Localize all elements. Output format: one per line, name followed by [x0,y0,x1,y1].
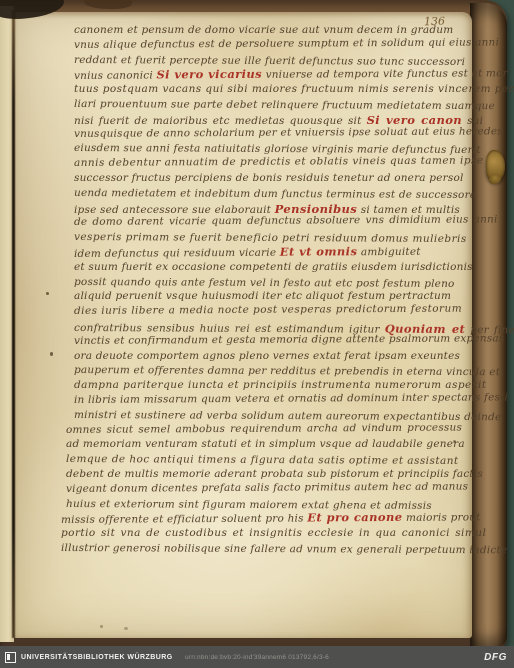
body-text: debent de multis memorie aderant probata… [66,468,483,480]
body-text: successor fructus percipiens de bonis re… [74,172,464,184]
body-text: liari prouentuum sue parte debet relinqu… [74,98,495,112]
body-text: idem defunctus qui residuum vicarie [74,247,280,260]
manuscript-line: vinctis et confirmandum et gesta memoria… [74,332,474,349]
body-text: ad memoriam venturam statuti et in simpl… [66,438,465,450]
body-text: canonem et pensum de domo vicarie sue au… [74,24,453,36]
manuscript-text: canonem et pensum de domo vicarie sue au… [74,24,474,557]
body-text: vinctis et confirmandum et gesta memoria… [74,332,505,347]
manuscript-line: vigeant donum dicentes prefata salis fac… [66,480,474,497]
binding-gutter [12,10,15,638]
body-text: annis debentur annuatim de predictis et … [74,155,484,170]
margin-ink-speck [46,292,49,295]
body-text: lemque de hoc antiqui timens a figura da… [66,453,459,467]
manuscript-line: vnius canonici Si vero vicarius vniuerse… [74,66,474,83]
manuscript-line: annis debentur annuatim de predictis et … [74,155,474,172]
body-text: tuus postquam vacans qui sibi maiores fr… [74,83,514,95]
body-text: et suum fuerit ex occasione competenti d… [74,261,473,273]
page-ink-speck [124,627,128,630]
dfg-logo: DFG [484,652,507,663]
body-text: dampna pariterque iuncta et principiis i… [74,379,487,391]
page-ink-speck [100,625,103,628]
margin-ink-speck [50,352,53,356]
body-text: in libris iam missarum quam vetera et or… [74,391,508,406]
body-text: omnes sicut semel ambobus requirendum ar… [66,421,462,435]
body-text: uenda medietatem et indebitum dum functu… [74,187,476,201]
attribution-bar: UNIVERSITÄTSBIBLIOTHEK WÜRZBURG urn:nbn:… [0,646,514,668]
manuscript-line: successor fructus percipiens de bonis re… [74,172,474,187]
body-text: nisi fuerit de maioribus etc medietas qu… [74,115,367,127]
body-text: ipse sed antecessore sue elaborauit [74,204,275,216]
rubric-heading: Et pro canone [307,510,402,525]
body-text: vigeant donum dicentes prefata salis fac… [66,480,468,494]
manuscript-line: illustrior generosi nobilisque sine fall… [61,542,474,559]
manuscript-line: vnus alique defunctus est de persoluere … [74,36,474,53]
book-clasp [486,150,505,182]
manuscript-line: et suum fuerit ex occasione competenti d… [74,261,474,276]
manuscript-line: idem defunctus qui residuum vicarie Et v… [74,244,474,261]
body-text: illustrior generosi nobilisque sine fall… [61,542,507,556]
body-text: vniuerse ad tempora vite functus est et … [262,68,508,82]
manuscript-line: de domo darent vicarie quam defunctus ab… [74,214,474,231]
manuscript-line: dies iuris libere a media nocte post ves… [74,303,474,320]
body-text: missis offerente et efficiatur soluent p… [61,513,307,527]
body-text: vnus alique defunctus est de persoluere … [74,36,499,51]
body-text: ambiguitet [357,246,420,258]
body-text: ora deuote comportem agnos pleno vernes … [74,350,460,362]
urn-identifier: urn:nbn:de:bvb:20-ind'39annem6 013792,6/… [0,654,514,661]
body-text: vnusquisque de anno scholarium per et vn… [74,125,503,140]
body-text: pauperum et offerentes damna per redditu… [74,364,500,378]
rubric-heading: Si vero vicarius [156,67,262,82]
manuscript-line: portio sit vna de custodibus et insignit… [61,527,474,542]
body-text: aliquid peruenit vsque huiusmodi iter et… [74,290,451,302]
manuscript-line: tuus postquam vacans qui sibi maiores fr… [74,83,474,98]
manuscript-line: ora deuote comportem agnos pleno vernes … [74,350,474,365]
body-text: maioris prout [402,512,480,524]
body-text: vnius canonici [74,70,157,83]
body-text: de domo darent vicarie quam defunctus ab… [74,214,498,229]
body-text: portio sit vna de custodibus et insignit… [61,527,486,539]
manuscript-line: ad memoriam venturam statuti et in simpl… [66,438,474,453]
manuscript-line: vnusquisque de anno scholarium per et vn… [74,125,474,142]
rubric-heading: Si vero canon [367,113,462,127]
manuscript-line: omnes sicut semel ambobus requirendum ar… [66,421,474,438]
body-text: possit quando quis ante festum vel in fe… [74,276,455,290]
manuscript-line: in libris iam missarum quam vetera et or… [74,391,474,408]
manuscript-line: missis offerente et efficiatur soluent p… [61,510,474,527]
page-ink-speck [453,440,456,443]
rubric-heading: Et vt omnis [280,244,358,258]
body-text: dies iuris libere a media nocte post ves… [74,303,462,317]
manuscript-scan-view: 136 canonem et pensum de domo vicarie su… [0,0,514,668]
